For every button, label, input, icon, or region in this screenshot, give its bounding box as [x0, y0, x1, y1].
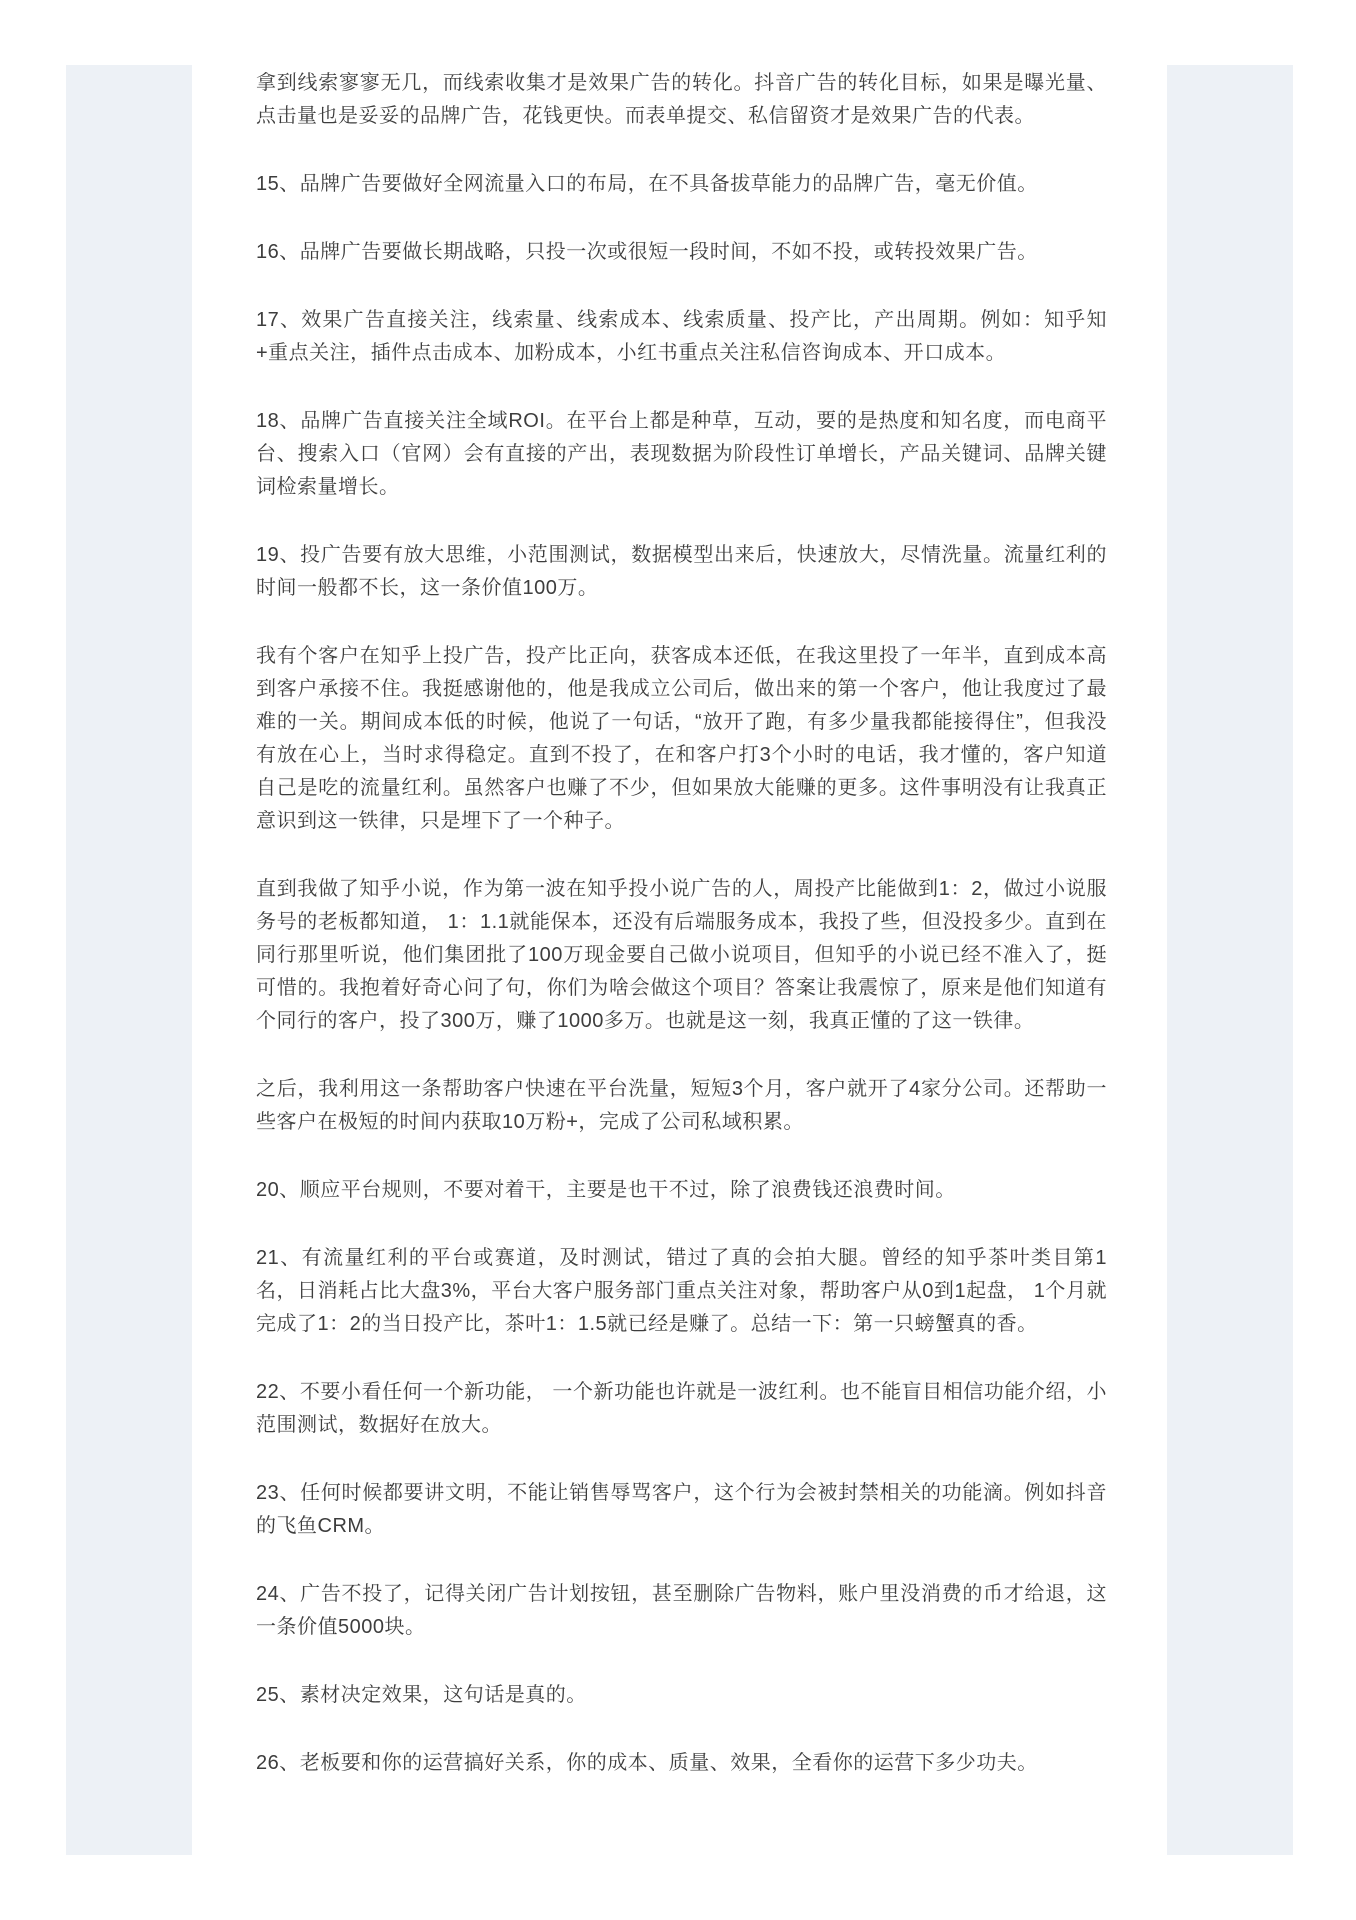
article-paragraph-item-21: 21、有流量红利的平台或赛道，及时测试，错过了真的会拍大腿。曾经的知乎茶叶类目第…: [256, 1242, 1107, 1341]
article-paragraph-item-16: 16、品牌广告要做长期战略，只投一次或很短一段时间，不如不投，或转投效果广告。: [256, 236, 1107, 269]
article-paragraph-item-18: 18、品牌广告直接关注全域ROI。在平台上都是种草，互动，要的是热度和知名度，而…: [256, 405, 1107, 504]
article-paragraph: 拿到线索寥寥无几，而线索收集才是效果广告的转化。抖音广告的转化目标，如果是曝光量…: [256, 67, 1107, 133]
article-paragraph-item-20: 20、顺应平台规则，不要对着干，主要是也干不过，除了浪费钱还浪费时间。: [256, 1174, 1107, 1207]
article-paragraph-item-17: 17、效果广告直接关注，线索量、线索成本、线索质量、投产比，产出周期。例如：知乎…: [256, 304, 1107, 370]
article-paragraph-item-19: 19、投广告要有放大思维，小范围测试，数据模型出来后，快速放大，尽情洗量。流量红…: [256, 539, 1107, 605]
article-paragraph-item-23: 23、任何时候都要讲文明，不能让销售辱骂客户，这个行为会被封禁相关的功能滴。例如…: [256, 1477, 1107, 1543]
article-card: 拿到线索寥寥无几，而线索收集才是效果广告的转化。抖音广告的转化目标，如果是曝光量…: [192, 65, 1167, 1855]
article-paragraph-item-15: 15、品牌广告要做好全网流量入口的布局，在不具备拔草能力的品牌广告，毫无价值。: [256, 168, 1107, 201]
article-paragraph-item-26: 26、老板要和你的运营搞好关系，你的成本、质量、效果，全看你的运营下多少功夫。: [256, 1747, 1107, 1780]
article-paragraph-item-25: 25、素材决定效果，这句话是真的。: [256, 1679, 1107, 1712]
article-paragraph: 之后，我利用这一条帮助客户快速在平台洗量，短短3个月，客户就开了4家分公司。还帮…: [256, 1073, 1107, 1139]
article-paragraph-item-22: 22、不要小看任何一个新功能， 一个新功能也许就是一波红利。也不能盲目相信功能介…: [256, 1376, 1107, 1442]
article-paragraph: 我有个客户在知乎上投广告，投产比正向，获客成本还低，在我这里投了一年半，直到成本…: [256, 640, 1107, 838]
article-paragraph: 直到我做了知乎小说，作为第一波在知乎投小说广告的人，周投产比能做到1：2，做过小…: [256, 873, 1107, 1038]
article-paragraph-item-24: 24、广告不投了，记得关闭广告计划按钮，甚至删除广告物料，账户里没消费的币才给退…: [256, 1578, 1107, 1644]
